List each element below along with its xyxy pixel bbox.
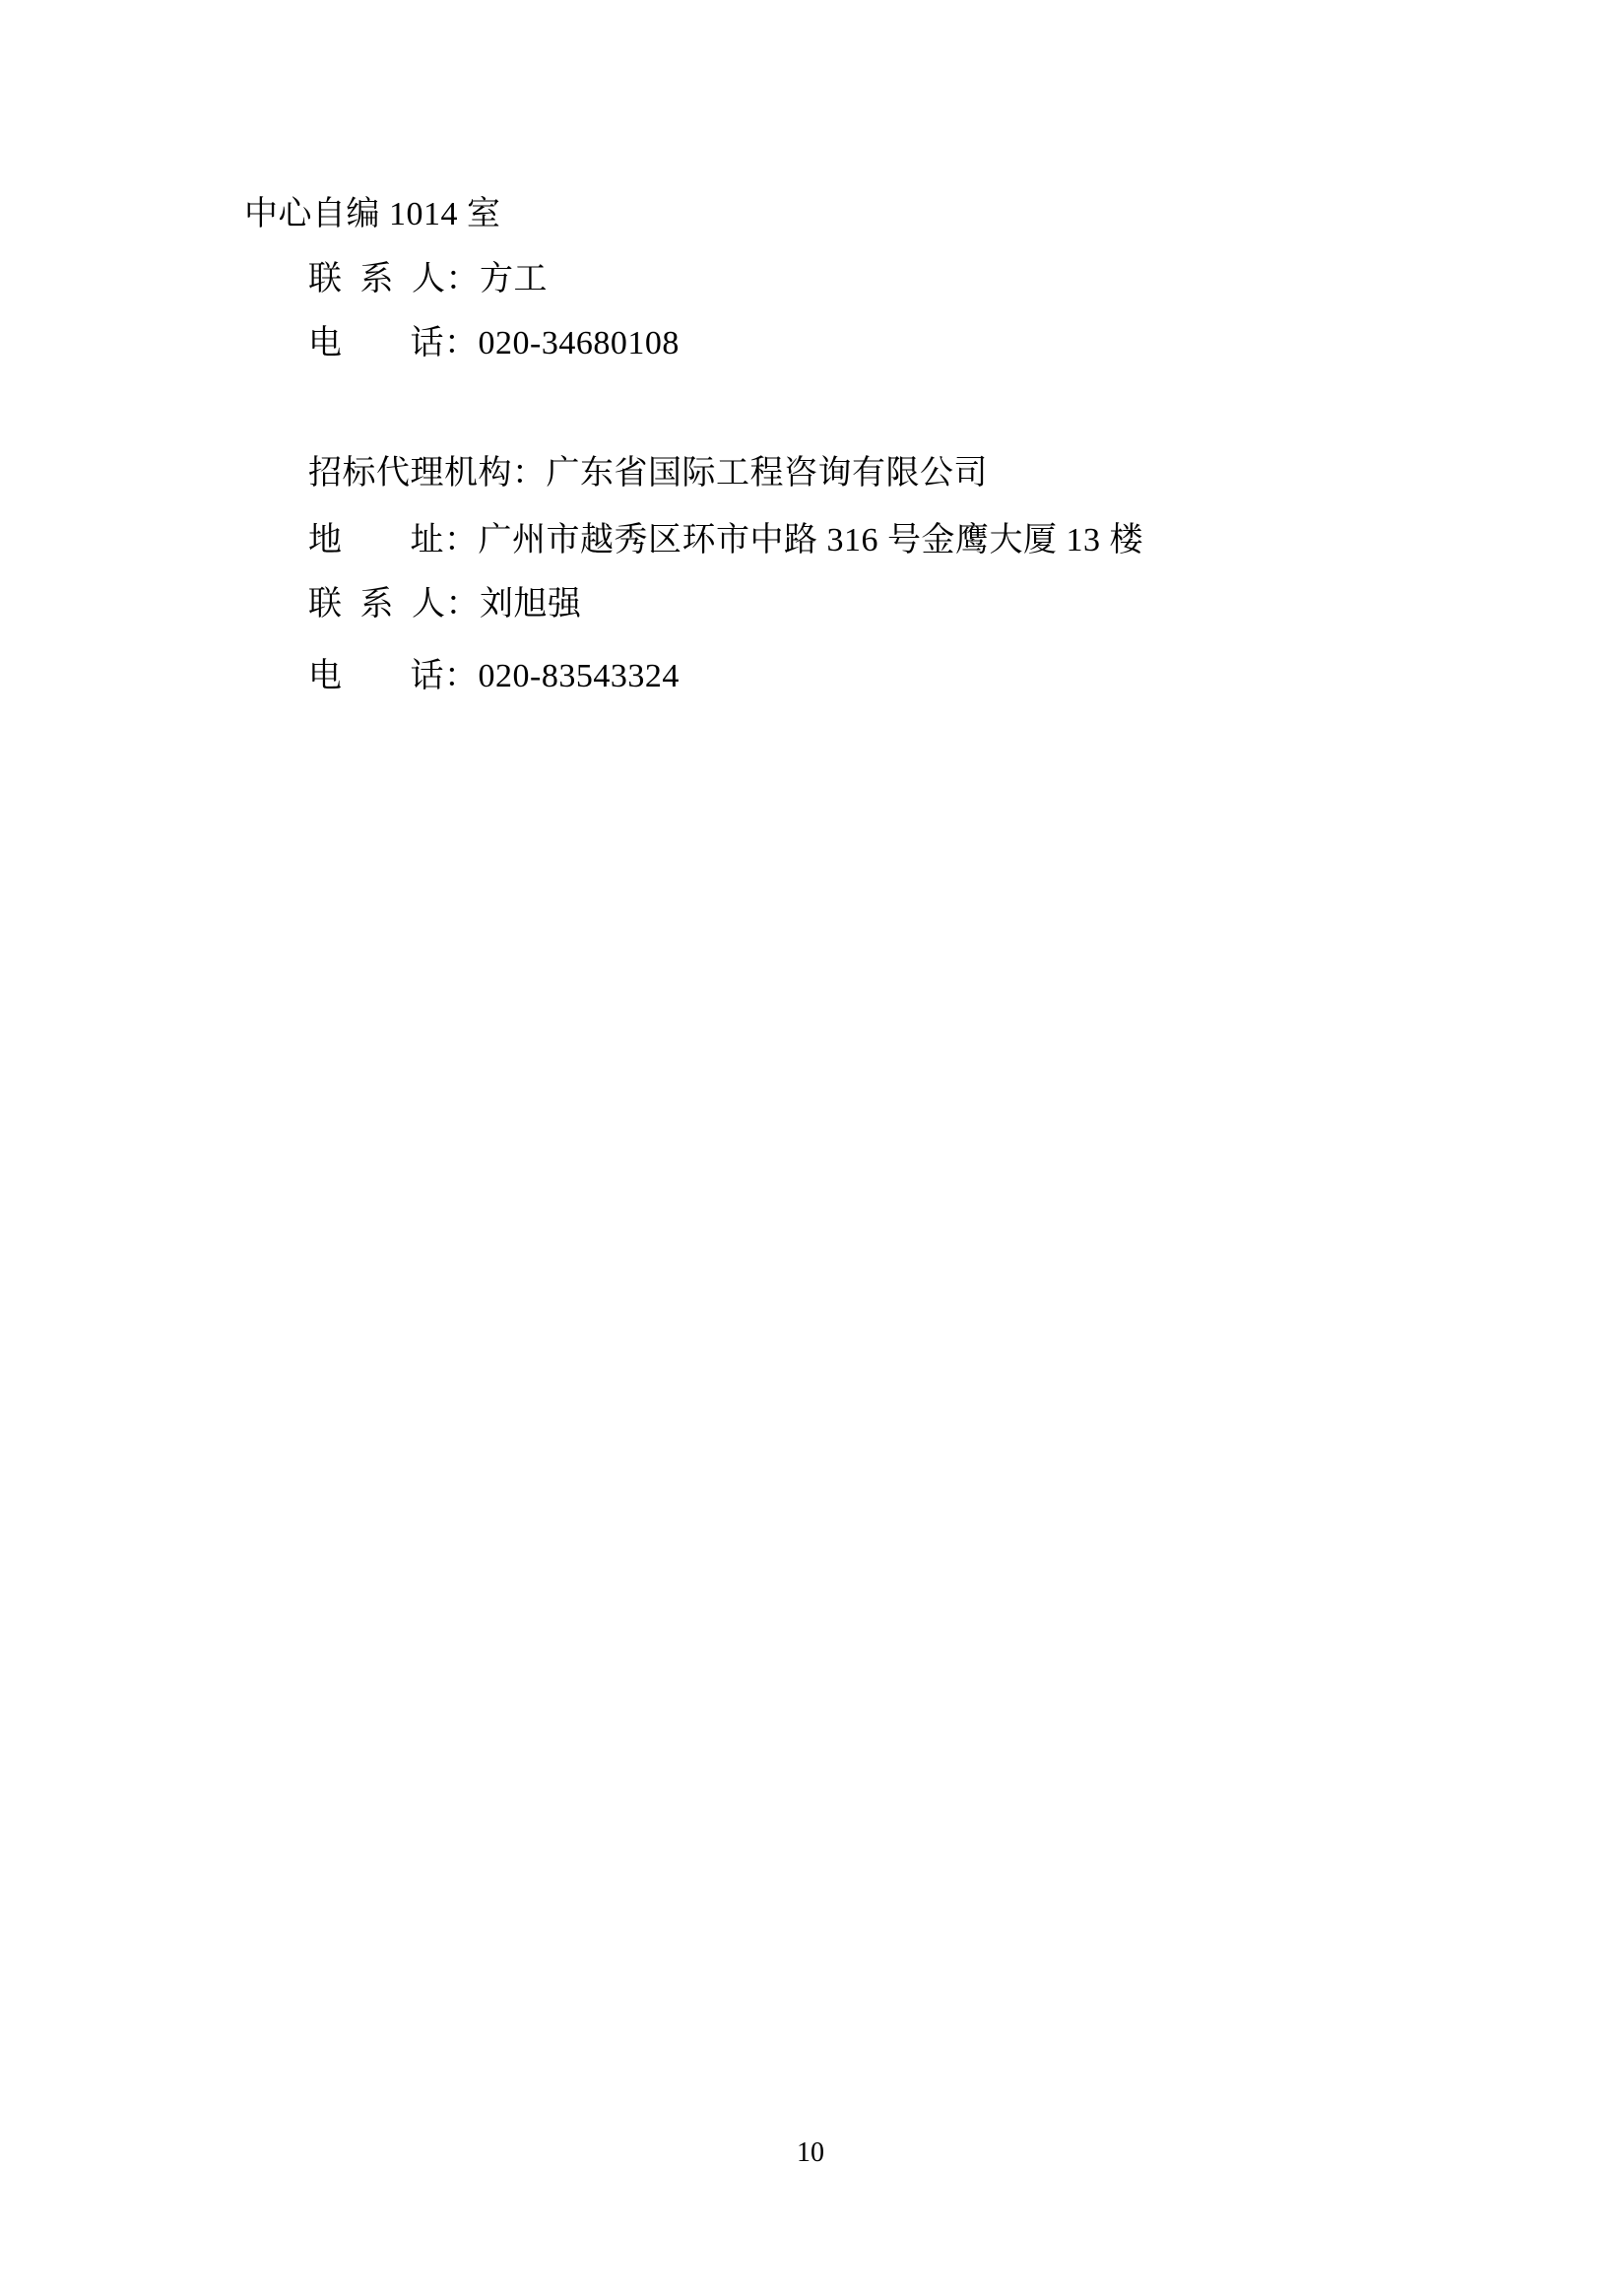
line-agency-address: 地 址：广州市越秀区环市中路 316 号金鹰大厦 13 楼: [308, 521, 1143, 560]
line-room-continuation: 中心自编 1014 室: [244, 195, 501, 234]
line-phone-2: 电 话：020-83543324: [308, 657, 680, 696]
page-number: 10: [0, 2137, 1621, 2169]
line-phone-1: 电 话：020-34680108: [308, 324, 680, 363]
line-bidding-agency: 招标代理机构：广东省国际工程咨询有限公司: [308, 454, 988, 493]
line-contact-person-2: 联 系 人：刘旭强: [308, 585, 582, 624]
document-page: 中心自编 1014 室 联 系 人：方工 电 话：020-34680108 招标…: [0, 0, 1621, 2296]
line-contact-person-1: 联 系 人：方工: [308, 260, 548, 299]
